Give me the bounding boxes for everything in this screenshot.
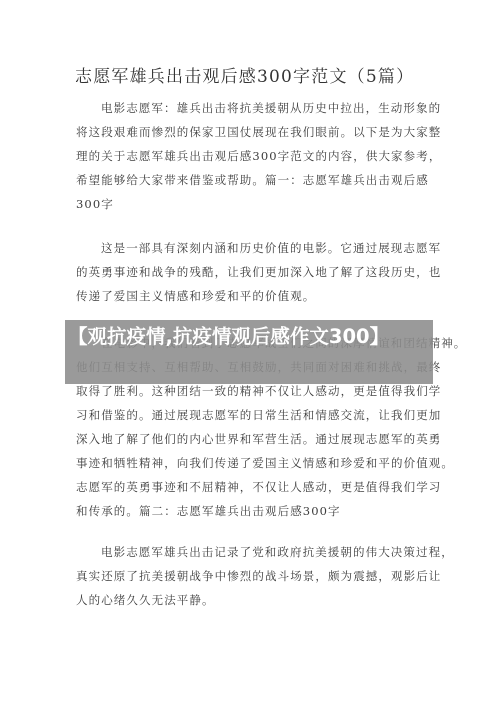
text-line: 传递了爱国主义情感和珍爱和平的价值观。	[76, 284, 436, 308]
text-line: 和传承的。篇二：志愿军雄兵出击观后感300字	[76, 499, 436, 523]
text-line: 深入地了解了他们的内心世界和军营生活。通过展现志愿军的英勇	[76, 427, 436, 451]
document-page: 志愿军雄兵出击观后感300字范文（5篇） 电影志愿军：雄兵出击将抗美援朝从历史中…	[0, 0, 500, 706]
text-line: 理的关于志愿军雄兵出击观后感300字范文的内容，供大家参考，	[76, 144, 436, 168]
overlay-title: 【观抗疫情,抗疫情观后感作文300】	[68, 322, 438, 351]
text-line: 事迹和牺牲精神，向我们传递了爱国主义情感和珍爱和平的价值观。	[76, 451, 436, 475]
text-line: 希望能够给大家带来借鉴或帮助。篇一：志愿军雄兵出击观后感	[76, 168, 436, 192]
document-title: 志愿军雄兵出击观后感300字范文（5篇）	[75, 62, 414, 87]
text-line: 的英勇事迹和战争的残酷，让我们更加深入地了解了这段历史，也	[76, 260, 436, 284]
paragraph-essay-one-a: 这是一部具有深刻内涵和历史价值的电影。它通过展现志愿军 的英勇事迹和战争的残酷，…	[76, 236, 436, 308]
text-line: 习和借鉴的。通过展现志愿军的日常生活和情感交流，让我们更加	[76, 403, 436, 427]
text-line: 这是一部具有深刻内涵和历史价值的电影。它通过展现志愿军	[76, 236, 436, 260]
paragraph-essay-two: 电影志愿军雄兵出击记录了党和政府抗美援朝的伟大决策过程， 真实还原了抗美援朝战争…	[76, 540, 436, 612]
text-line: 电影志愿军雄兵出击记录了党和政府抗美援朝的伟大决策过程，	[76, 540, 436, 564]
text-line: 300字	[76, 192, 436, 216]
text-line: 将这段艰难而惨烈的保家卫国仗展现在我们眼前。以下是为大家整	[76, 120, 436, 144]
text-line: 真实还原了抗美援朝战争中惨烈的战斗场景，颇为震撼，观影后让	[76, 564, 436, 588]
text-line: 人的心绪久久无法平静。	[76, 588, 436, 612]
paragraph-intro: 电影志愿军：雄兵出击将抗美援朝从历史中拉出，生动形象的 将这段艰难而惨烈的保家卫…	[76, 96, 436, 216]
text-line: 志愿军的英勇事迹和不屈精神，不仅让人感动，更是值得我们学习	[76, 475, 436, 499]
text-line: 电影志愿军：雄兵出击将抗美援朝从历史中拉出，生动形象的	[76, 96, 436, 120]
